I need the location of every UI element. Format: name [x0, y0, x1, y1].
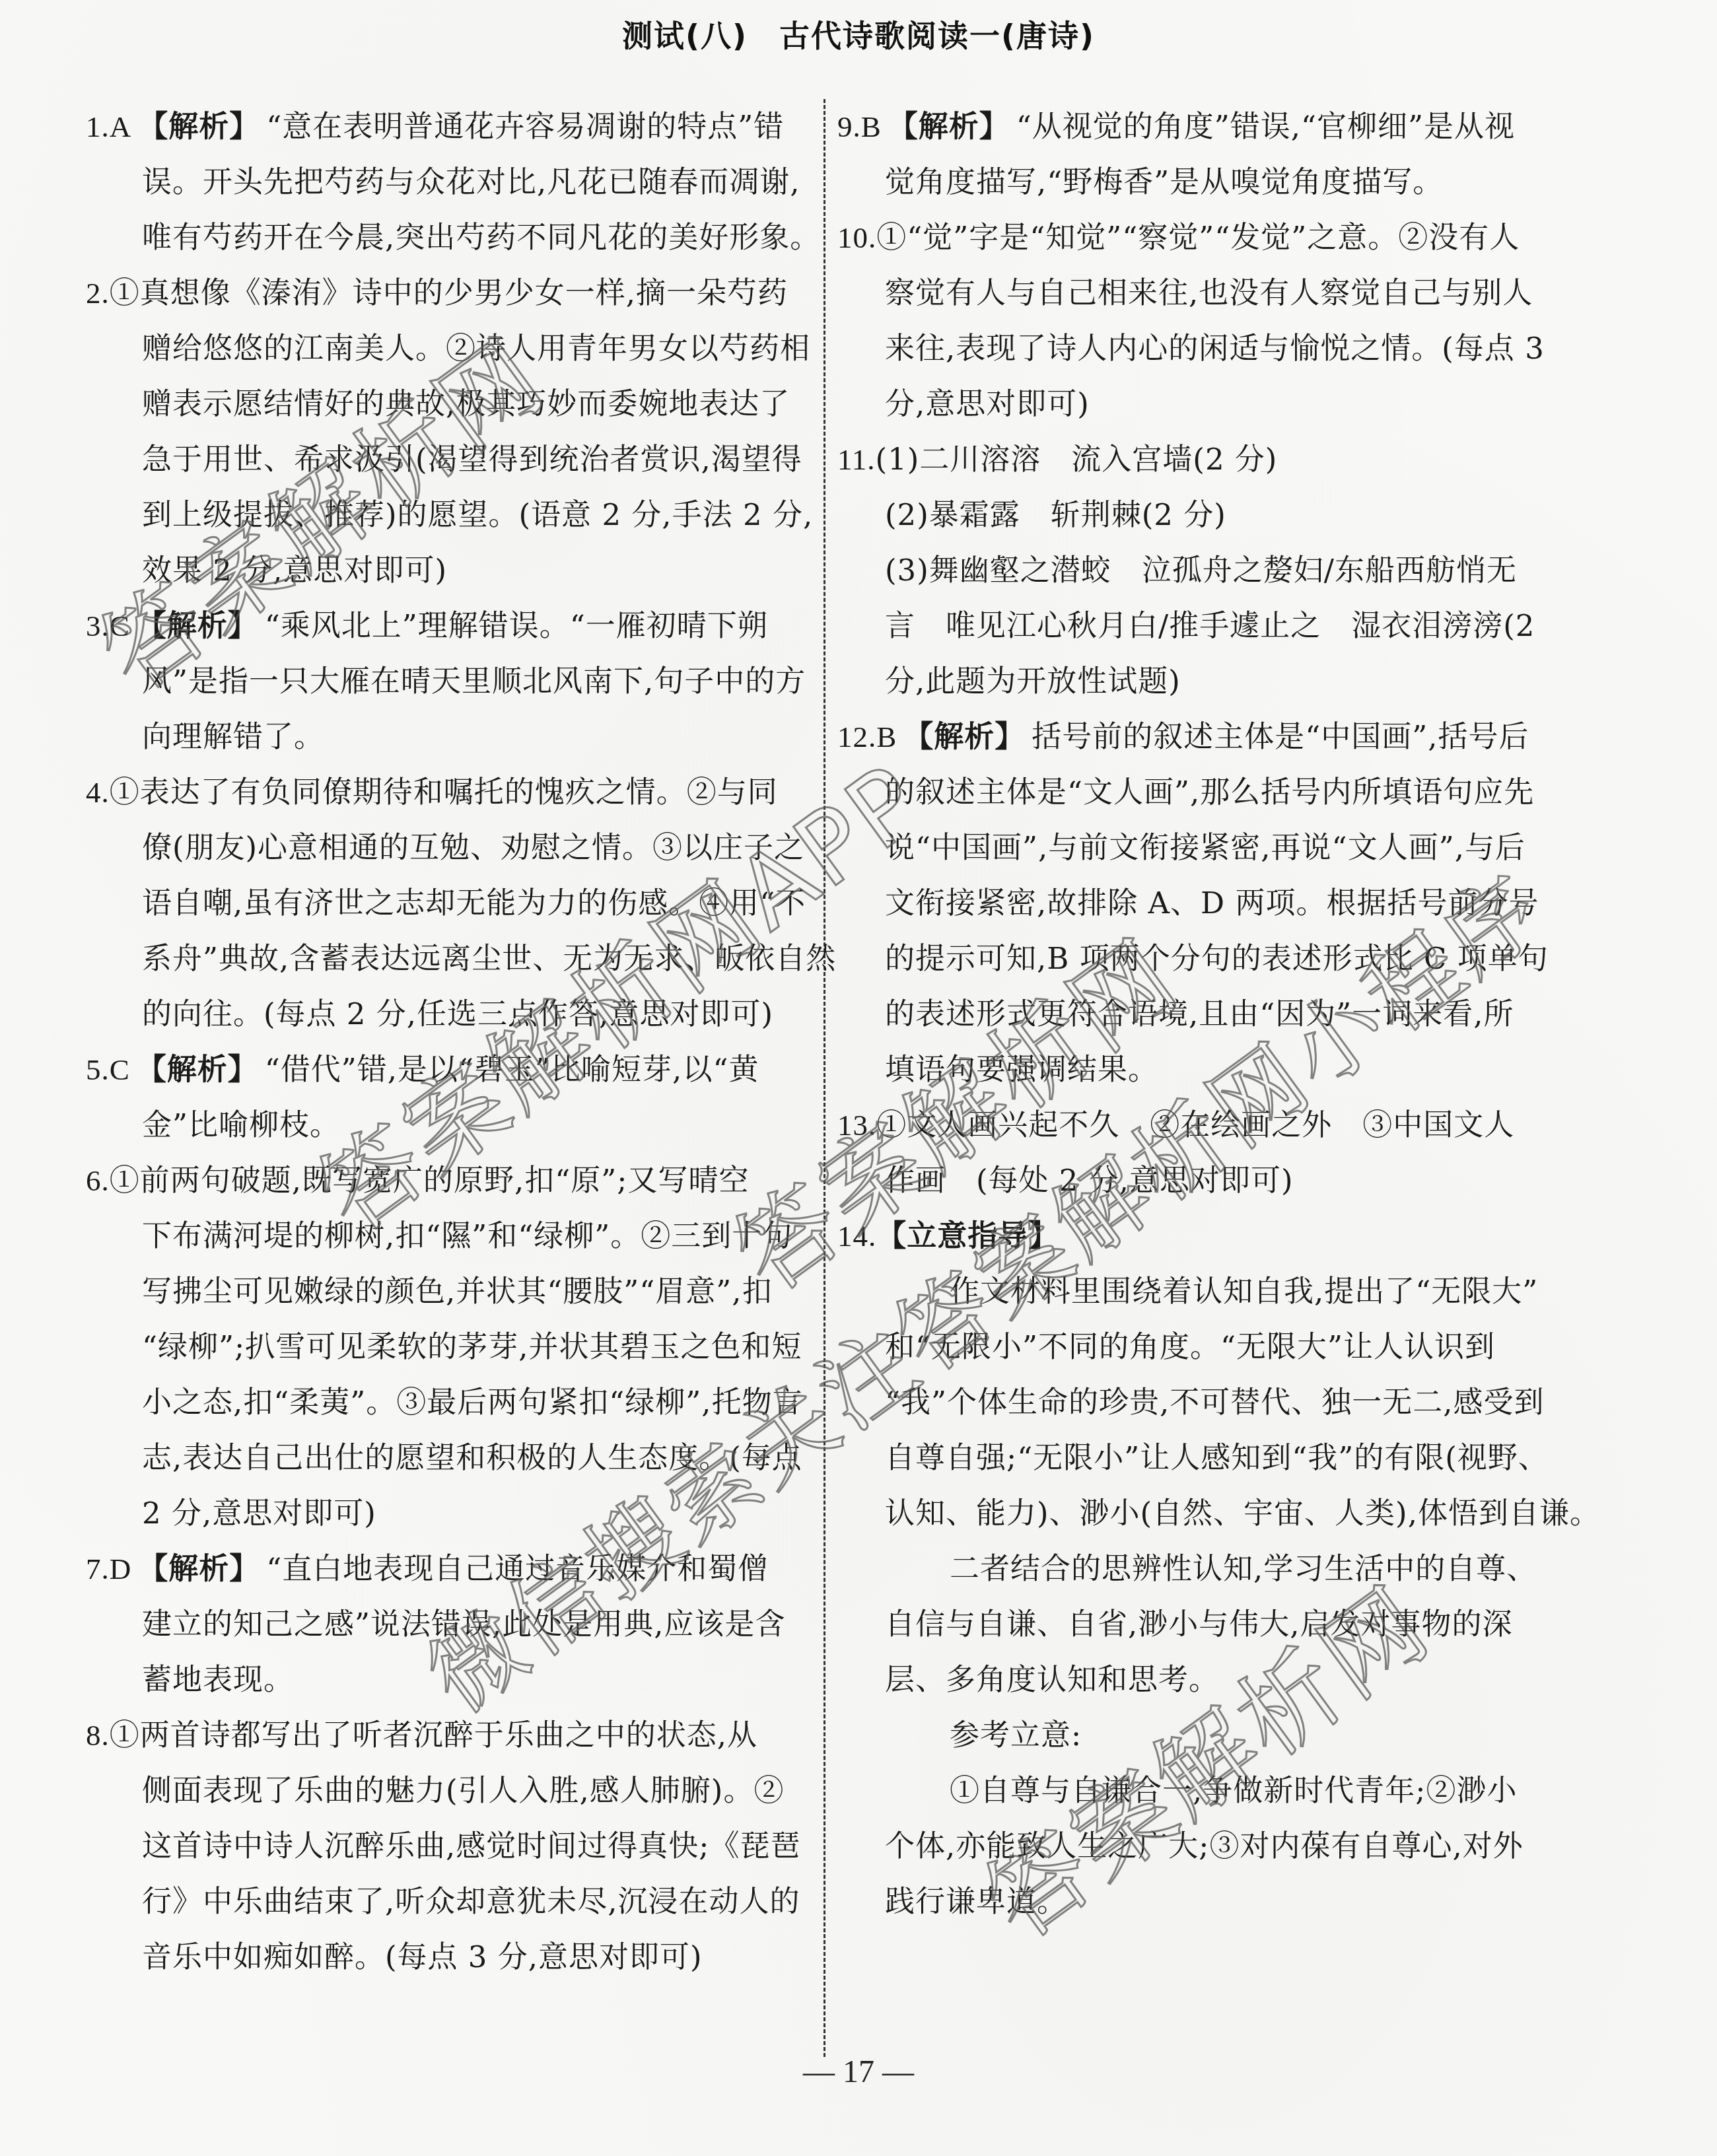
answer-1: 1.A【解析】“意在表明普通花卉容易凋谢的特点”错 — [86, 99, 812, 155]
test-number: 测试(八) — [622, 18, 748, 53]
analysis-tag: 【解析】 — [888, 109, 1010, 144]
right-column: 9.B【解析】“从视觉的角度”错误,“官柳细”是从视 觉角度描写,“野梅香”是从… — [837, 99, 1587, 1930]
answer-2: 2.①真想像《溱洧》诗中的少男少女一样,摘一朵芍药 — [86, 265, 812, 321]
answer-4: 4.①表达了有负同僚期待和嘱托的愧疚之情。②与同 — [86, 765, 812, 820]
analysis-tag: 【解析】 — [903, 719, 1025, 754]
answer-11: 11.(1)二川溶溶 流入宫墙(2 分) — [837, 432, 1587, 487]
left-column: 1.A【解析】“意在表明普通花卉容易凋谢的特点”错 误。开头先把芍药与众花对比,… — [86, 99, 812, 1985]
answer-8: 8.①两首诗都写出了听者沉醉于乐曲之中的状态,从 — [86, 1708, 812, 1763]
analysis-tag: 【解析】 — [137, 1052, 258, 1087]
answer-13: 13.①文人画兴起不久 ②在绘画之外 ③中国文人 — [837, 1097, 1587, 1153]
guidance-tag: 【立意指导】 — [876, 1218, 1059, 1253]
answer-3: 3.C【解析】“乘风北上”理解错误。“一雁初晴下朔 — [86, 598, 812, 654]
page-title: 测试(八)古代诗歌阅读一(唐诗) — [0, 12, 1717, 55]
analysis-tag: 【解析】 — [138, 109, 260, 144]
answer-6: 6.①前两句破题,既写宽广的原野,扣“原”;又写晴空 — [86, 1153, 812, 1208]
answer-9: 9.B【解析】“从视觉的角度”错误,“官柳细”是从视 — [837, 99, 1587, 155]
page-number: — 17 — — [0, 2054, 1717, 2090]
column-divider — [823, 99, 825, 2057]
test-topic: 古代诗歌阅读一(唐诗) — [779, 18, 1095, 53]
answer-7: 7.D【解析】“直白地表现自己通过音乐媒介和蜀僧 — [86, 1541, 812, 1597]
answer-10: 10.①“觉”字是“知觉”“察觉”“发觉”之意。②没有人 — [837, 210, 1587, 265]
answer-5: 5.C【解析】“借代”错,是以“碧玉”比喻短芽,以“黄 — [86, 1042, 812, 1097]
reference-theme-label: 参考立意: — [837, 1708, 1587, 1763]
analysis-tag: 【解析】 — [138, 1551, 260, 1586]
analysis-tag: 【解析】 — [137, 608, 258, 643]
answer-14: 14.【立意指导】 — [837, 1208, 1587, 1264]
answer-12: 12.B【解析】括号前的叙述主体是“中国画”,括号后 — [837, 709, 1587, 765]
